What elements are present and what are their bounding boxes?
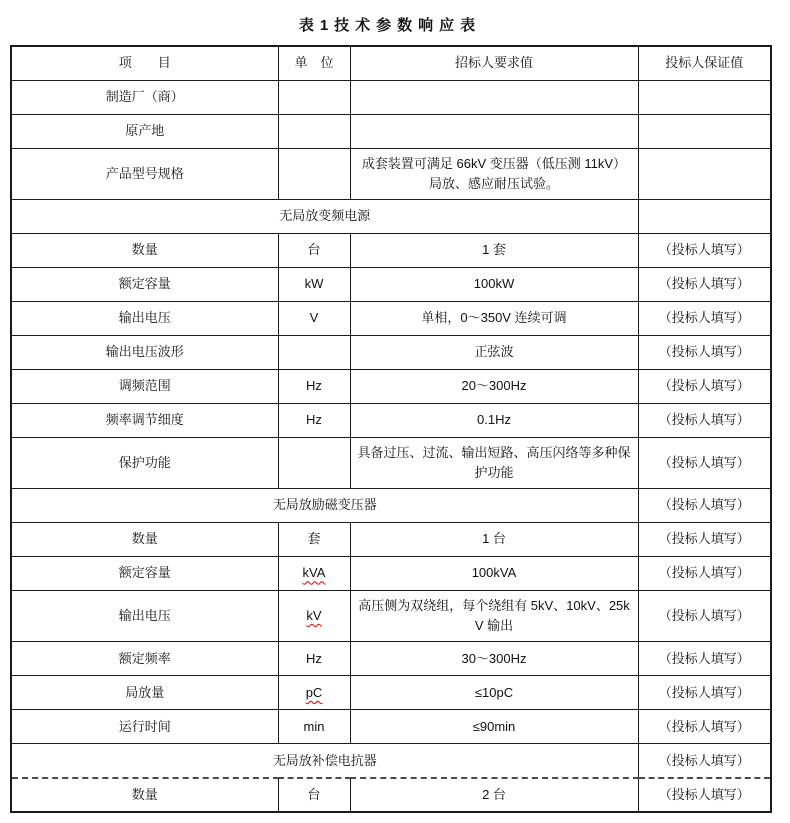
guarantee-cell: （投标人填写） <box>638 744 771 778</box>
table-row: 额定容量 kVA 100kVA （投标人填写） <box>11 557 771 591</box>
table-row: 保护功能 具备过压、过流、输出短路、高压闪络等多种保护功能 （投标人填写） <box>11 437 771 488</box>
guarantee-cell <box>638 80 771 114</box>
technical-parameter-table: 项 目 单 位 招标人要求值 投标人保证值 制造厂（商） 原产地 产品型号规格 … <box>10 45 772 813</box>
guarantee-cell: （投标人填写） <box>638 557 771 591</box>
required-value-cell: 正弦波 <box>350 335 638 369</box>
item-cell: 数量 <box>11 233 278 267</box>
table-row: 数量 台 2 台 （投标人填写） <box>11 778 771 812</box>
table-row: 数量 台 1 套 （投标人填写） <box>11 233 771 267</box>
item-cell: 数量 <box>11 778 278 812</box>
required-value-cell: 具备过压、过流、输出短路、高压闪络等多种保护功能 <box>350 437 638 488</box>
guarantee-cell: （投标人填写） <box>638 710 771 744</box>
table-title: 表1技术参数响应表 <box>10 14 770 35</box>
item-cell: 产品型号规格 <box>11 148 278 199</box>
table-row: 数量 套 1 台 （投标人填写） <box>11 523 771 557</box>
unit-cell: 套 <box>278 523 350 557</box>
table-row: 输出电压 V 单相，0～350V 连续可调 （投标人填写） <box>11 301 771 335</box>
table-row: 产品型号规格 成套装置可满足 66kV 变压器（低压测 11kV）局放、感应耐压… <box>11 148 771 199</box>
unit-cell <box>278 80 350 114</box>
required-value-cell: 单相，0～350V 连续可调 <box>350 301 638 335</box>
table-row: 制造厂（商） <box>11 80 771 114</box>
item-cell: 局放量 <box>11 676 278 710</box>
item-cell: 输出电压 <box>11 591 278 642</box>
guarantee-cell <box>638 199 771 233</box>
item-cell: 保护功能 <box>11 437 278 488</box>
item-cell: 输出电压 <box>11 301 278 335</box>
unit-cell: Hz <box>278 369 350 403</box>
unit-cell-spellcheck: pC <box>278 676 350 710</box>
guarantee-cell: （投标人填写） <box>638 523 771 557</box>
guarantee-cell: （投标人填写） <box>638 301 771 335</box>
item-cell: 运行时间 <box>11 710 278 744</box>
section-header-cell: 无局放励磁变压器 <box>11 489 638 523</box>
unit-cell <box>278 437 350 488</box>
unit-cell: V <box>278 301 350 335</box>
guarantee-cell: （投标人填写） <box>638 642 771 676</box>
guarantee-cell: （投标人填写） <box>638 403 771 437</box>
required-value-cell: 30～300Hz <box>350 642 638 676</box>
required-value-cell: 20～300Hz <box>350 369 638 403</box>
section-row: 无局放变频电源 <box>11 199 771 233</box>
unit-cell: 台 <box>278 778 350 812</box>
guarantee-cell: （投标人填写） <box>638 778 771 812</box>
item-cell: 额定容量 <box>11 557 278 591</box>
item-cell: 数量 <box>11 523 278 557</box>
guarantee-cell: （投标人填写） <box>638 437 771 488</box>
required-value-cell <box>350 114 638 148</box>
table-row: 输出电压波形 正弦波 （投标人填写） <box>11 335 771 369</box>
header-item: 项 目 <box>11 46 278 80</box>
table-row: 原产地 <box>11 114 771 148</box>
unit-cell-spellcheck: kVA <box>278 557 350 591</box>
item-cell: 原产地 <box>11 114 278 148</box>
required-value-cell: 高压侧为双绕组，每个绕组有 5kV、10kV、25kV 输出 <box>350 591 638 642</box>
required-value-cell: 2 台 <box>350 778 638 812</box>
guarantee-cell <box>638 148 771 199</box>
table-row: 额定频率 Hz 30～300Hz （投标人填写） <box>11 642 771 676</box>
section-header-cell: 无局放变频电源 <box>11 199 638 233</box>
item-cell: 额定容量 <box>11 267 278 301</box>
required-value-cell: 100kVA <box>350 557 638 591</box>
unit-cell: 台 <box>278 233 350 267</box>
unit-cell-spellcheck: kV <box>278 591 350 642</box>
table-row: 局放量 pC ≤10pC （投标人填写） <box>11 676 771 710</box>
table-row: 额定容量 kW 100kW （投标人填写） <box>11 267 771 301</box>
required-value-cell: 0.1Hz <box>350 403 638 437</box>
header-required-value: 招标人要求值 <box>350 46 638 80</box>
item-cell: 制造厂（商） <box>11 80 278 114</box>
unit-cell: Hz <box>278 642 350 676</box>
required-value-cell: ≤90min <box>350 710 638 744</box>
unit-cell: Hz <box>278 403 350 437</box>
unit-cell: kW <box>278 267 350 301</box>
required-value-cell: 1 套 <box>350 233 638 267</box>
header-unit: 单 位 <box>278 46 350 80</box>
section-row-watermarked: 无局放补偿电抗器 （投标人填写） <box>11 744 771 778</box>
table-row: 运行时间 min ≤90min （投标人填写） <box>11 710 771 744</box>
table-row: 调频范围 Hz 20～300Hz （投标人填写） <box>11 369 771 403</box>
required-value-cell: ≤10pC <box>350 676 638 710</box>
unit-cell <box>278 335 350 369</box>
required-value-cell <box>350 80 638 114</box>
header-row: 项 目 单 位 招标人要求值 投标人保证值 <box>11 46 771 80</box>
section-header-cell: 无局放补偿电抗器 <box>11 744 638 778</box>
guarantee-cell <box>638 114 771 148</box>
item-cell: 额定频率 <box>11 642 278 676</box>
section-row: 无局放励磁变压器 （投标人填写） <box>11 489 771 523</box>
guarantee-cell: （投标人填写） <box>638 676 771 710</box>
unit-cell <box>278 114 350 148</box>
guarantee-cell: （投标人填写） <box>638 335 771 369</box>
item-cell: 调频范围 <box>11 369 278 403</box>
item-cell: 频率调节细度 <box>11 403 278 437</box>
table-row: 输出电压 kV 高压侧为双绕组，每个绕组有 5kV、10kV、25kV 输出 （… <box>11 591 771 642</box>
required-value-cell: 1 台 <box>350 523 638 557</box>
guarantee-cell: （投标人填写） <box>638 489 771 523</box>
required-value-cell: 成套装置可满足 66kV 变压器（低压测 11kV）局放、感应耐压试验。 <box>350 148 638 199</box>
guarantee-cell: （投标人填写） <box>638 233 771 267</box>
guarantee-cell: （投标人填写） <box>638 267 771 301</box>
document-page: 表1技术参数响应表 项 目 单 位 招标人要求值 投标人保证值 制造厂（商） 原… <box>0 0 790 823</box>
header-guarantee-value: 投标人保证值 <box>638 46 771 80</box>
table-row: 频率调节细度 Hz 0.1Hz （投标人填写） <box>11 403 771 437</box>
guarantee-cell: （投标人填写） <box>638 369 771 403</box>
unit-cell <box>278 148 350 199</box>
unit-cell: min <box>278 710 350 744</box>
required-value-cell: 100kW <box>350 267 638 301</box>
item-cell: 输出电压波形 <box>11 335 278 369</box>
guarantee-cell: （投标人填写） <box>638 591 771 642</box>
